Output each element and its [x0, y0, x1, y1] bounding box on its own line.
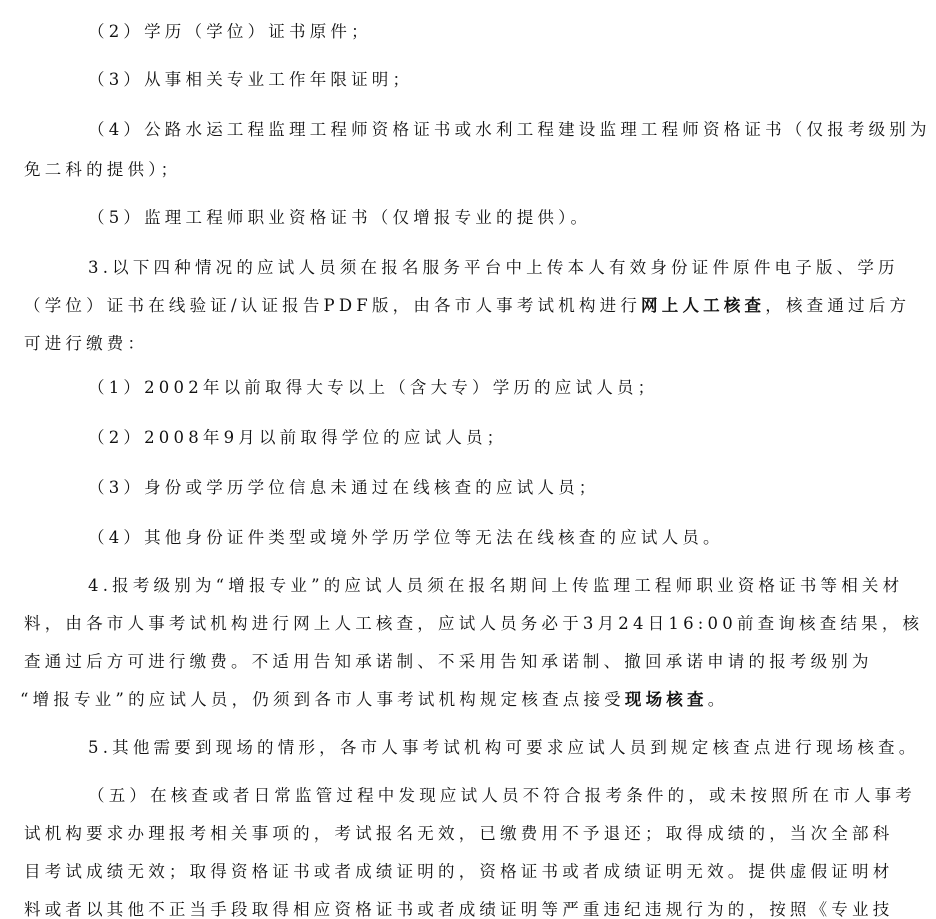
case-item-3: （3）身份或学历学位信息未通过在线核查的应试人员；	[88, 478, 600, 498]
section-5-line1: 5.其他需要到现场的情形，各市人事考试机构可要求应试人员到规定核查点进行现场核查…	[88, 738, 919, 758]
section-3-line2: （学位）证书在线验证/认证报告PDF版，由各市人事考试机构进行网上人工核查，核查…	[24, 296, 910, 316]
section-five-line3: 目考试成绩无效；取得资格证书或者成绩证明的，资格证书或者成绩证明无效。提供虚假证…	[24, 862, 893, 882]
section-3-text: （学位）证书在线验证/认证报告PDF版，由各市人事考试机构进行	[24, 296, 641, 315]
section-five-line2: 试机构要求办理报考相关事项的，考试报名无效，已缴费用不予退还；取得成绩的，当次全…	[24, 824, 893, 844]
section-4-line4: “增报专业”的应试人员，仍须到各市人事考试机构规定核查点接受现场核查。	[20, 690, 728, 710]
list-item-supervisor-certificate-line1: （4）公路水运工程监理工程师资格证书或水利工程建设监理工程师资格证书（仅报考级别…	[88, 120, 931, 140]
list-item-work-years-proof: （3）从事相关专业工作年限证明；	[88, 70, 413, 90]
section-five-line1: （五）在核查或者日常监管过程中发现应试人员不符合报考条件的，或未按照所在市人事考	[88, 786, 916, 806]
section-4-text-tail: 。	[708, 690, 729, 709]
section-3-line1: 3.以下四种情况的应试人员须在报名服务平台中上传本人有效身份证件原件电子版、学历	[88, 258, 899, 278]
case-item-2: （2）2008年9月以前取得学位的应试人员；	[88, 428, 507, 448]
onsite-review-emphasis: 现场核查	[625, 690, 708, 709]
section-4-line2: 料，由各市人事考试机构进行网上人工核查，应试人员务必于3月24日16:00前查询…	[24, 614, 923, 634]
document-page: （2）学历（学位）证书原件； （3）从事相关专业工作年限证明； （4）公路水运工…	[0, 0, 936, 919]
section-4-line3: 查通过后方可进行缴费。不适用告知承诺制、不采用告知承诺制、撤回承诺申请的报考级别…	[24, 652, 873, 672]
list-item-degree-certificate: （2）学历（学位）证书原件；	[88, 22, 372, 42]
section-five-line4: 料或者以其他不正当手段取得相应资格证书或者成绩证明等严重违纪违规行为的，按照《专…	[24, 900, 893, 919]
section-4-text: “增报专业”的应试人员，仍须到各市人事考试机构规定核查点接受	[20, 690, 625, 709]
list-item-supervisor-certificate-line2: 免二科的提供）；	[24, 160, 181, 180]
list-item-professional-certificate: （5）监理工程师职业资格证书（仅增报专业的提供）。	[88, 208, 591, 228]
section-3-line3: 可进行缴费：	[24, 334, 148, 354]
section-3-text-tail: ，核查通过后方	[765, 296, 910, 315]
case-item-4: （4）其他身份证件类型或境外学历学位等无法在线核查的应试人员。	[88, 528, 724, 548]
case-item-1: （1）2002年以前取得大专以上（含大专）学历的应试人员；	[88, 378, 658, 398]
online-manual-review-emphasis: 网上人工核查	[641, 296, 765, 315]
section-4-line1: 4.报考级别为“增报专业”的应试人员须在报名期间上传监理工程师职业资格证书等相关…	[88, 576, 903, 596]
